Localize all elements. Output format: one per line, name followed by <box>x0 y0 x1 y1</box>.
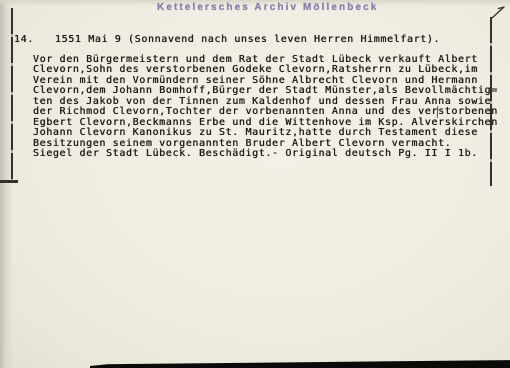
left-margin-line-foot <box>0 180 18 183</box>
left-margin-line-mark <box>11 8 13 183</box>
archive-stamp-text: Kettelersches Archiv Möllenbeck <box>157 2 378 13</box>
photo-bottom-shadow-band <box>90 359 510 368</box>
handwritten-tick-icon <box>489 3 509 21</box>
entry-body: Vor den Bürgermeistern und dem Rat der S… <box>33 55 498 159</box>
entry-heading: 1551 Mai 9 (Sonnavend nach unses leven H… <box>55 34 440 45</box>
entry-number: 14. <box>14 34 34 45</box>
scanned-archive-card: Kettelersches Archiv Möllenbeck 14. 1551… <box>0 0 510 368</box>
body-line: Johann Clevorn Kanonikus zu St. Mauritz,… <box>33 128 498 138</box>
body-line: Siegel der Stadt Lübeck. Beschädigt.- Or… <box>33 149 498 159</box>
right-margin-line-mark <box>490 17 492 186</box>
